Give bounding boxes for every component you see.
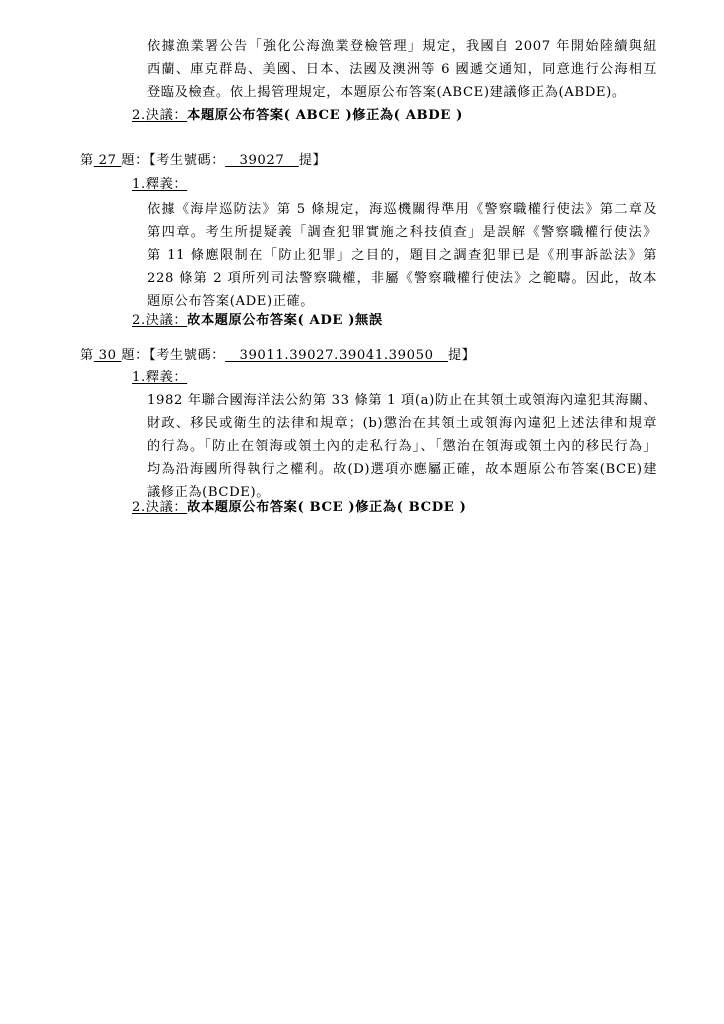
resolution-27: 2.決議：故本題原公布答案( ADE )無誤 bbox=[132, 312, 383, 330]
explanation-label-text: 1.釋義： bbox=[132, 370, 187, 385]
resolution-text: 故本題原公布答案( BCE )修正為( BCDE ) bbox=[187, 500, 466, 515]
question-prefix: 第 bbox=[80, 153, 94, 168]
paragraph-line: 題原公布答案(ADE)正確。 bbox=[147, 293, 314, 311]
question-number: 30 bbox=[94, 348, 122, 363]
paragraph-line: 第四章。考生所提疑義「調查犯罪實施之科技偵查」是誤解《警察職權行使法》 bbox=[147, 224, 657, 242]
paragraph-line: 第 11 條應限制在「防止犯罪」之目的，題目之調查犯罪已是《刑事訴訟法》第 bbox=[147, 247, 657, 265]
resolution-label: 2.決議： bbox=[132, 108, 187, 123]
resolution-label: 2.決議： bbox=[132, 313, 187, 328]
question-label: 題：【考生號碼： bbox=[121, 153, 225, 168]
paragraph-line: 均為沿海國所得執行之權利。故(D)選項亦應屬正確，故本題原公布答案(BCE)建 bbox=[147, 461, 657, 479]
paragraph-line: 西蘭、庫克群島、美國、日本、法國及澳洲等 6 國遞交通知，同意進行公海相互 bbox=[147, 61, 657, 79]
question-header-27: 第 27 題：【考生號碼： 39027 提】 bbox=[80, 152, 326, 170]
paragraph-line: 財政、移民或衛生的法律和規章；(b)懲治在其領土或領海內違犯上述法律和規章 bbox=[147, 415, 657, 433]
resolution-30: 2.決議：故本題原公布答案( BCE )修正為( BCDE ) bbox=[132, 499, 466, 517]
explanation-label: 1.釋義： bbox=[132, 369, 187, 387]
paragraph-line: 依據漁業署公告「強化公海漁業登檢管理」規定，我國自 2007 年開始陸續與紐 bbox=[147, 38, 657, 56]
paragraph-line: 228 條第 2 項所列司法警察職權，非屬《警察職權行使法》之範疇。因此，故本 bbox=[147, 270, 657, 288]
question-prefix: 第 bbox=[80, 348, 94, 363]
question-label: 題：【考生號碼： bbox=[121, 348, 225, 363]
explanation-label: 1.釋義： bbox=[132, 176, 187, 194]
paragraph-line: 依據《海岸巡防法》第 5 條規定，海巡機關得準用《警察職權行使法》第二章及 bbox=[147, 201, 657, 219]
resolution-label: 2.決議： bbox=[132, 500, 187, 515]
candidate-ids: 39027 bbox=[225, 153, 299, 168]
question-tail: 提】 bbox=[448, 348, 476, 363]
question-number: 27 bbox=[94, 153, 122, 168]
question-header-30: 第 30 題：【考生號碼： 39011.39027.39041.39050 提】 bbox=[80, 347, 476, 365]
resolution-text: 本題原公布答案( ABCE )修正為( ABDE ) bbox=[187, 108, 463, 123]
paragraph-line: 登臨及檢查。依上揭管理規定，本題原公布答案(ABCE)建議修正為(ABDE)。 bbox=[147, 84, 626, 102]
explanation-label-text: 1.釋義： bbox=[132, 177, 187, 192]
resolution-text: 故本題原公布答案( ADE )無誤 bbox=[187, 313, 382, 328]
question-tail: 提】 bbox=[299, 153, 327, 168]
paragraph-line: 1982 年聯合國海洋法公約第 33 條第 1 項(a)防止在其領土或領海內違犯… bbox=[147, 392, 657, 410]
candidate-ids: 39011.39027.39041.39050 bbox=[225, 348, 448, 363]
prev-resolution: 2.決議：本題原公布答案( ABCE )修正為( ABDE ) bbox=[132, 107, 463, 125]
paragraph-line: 的行為。「防止在領海或領土內的走私行為」、「懲治在領海或領土內的移民行為」 bbox=[147, 438, 657, 456]
